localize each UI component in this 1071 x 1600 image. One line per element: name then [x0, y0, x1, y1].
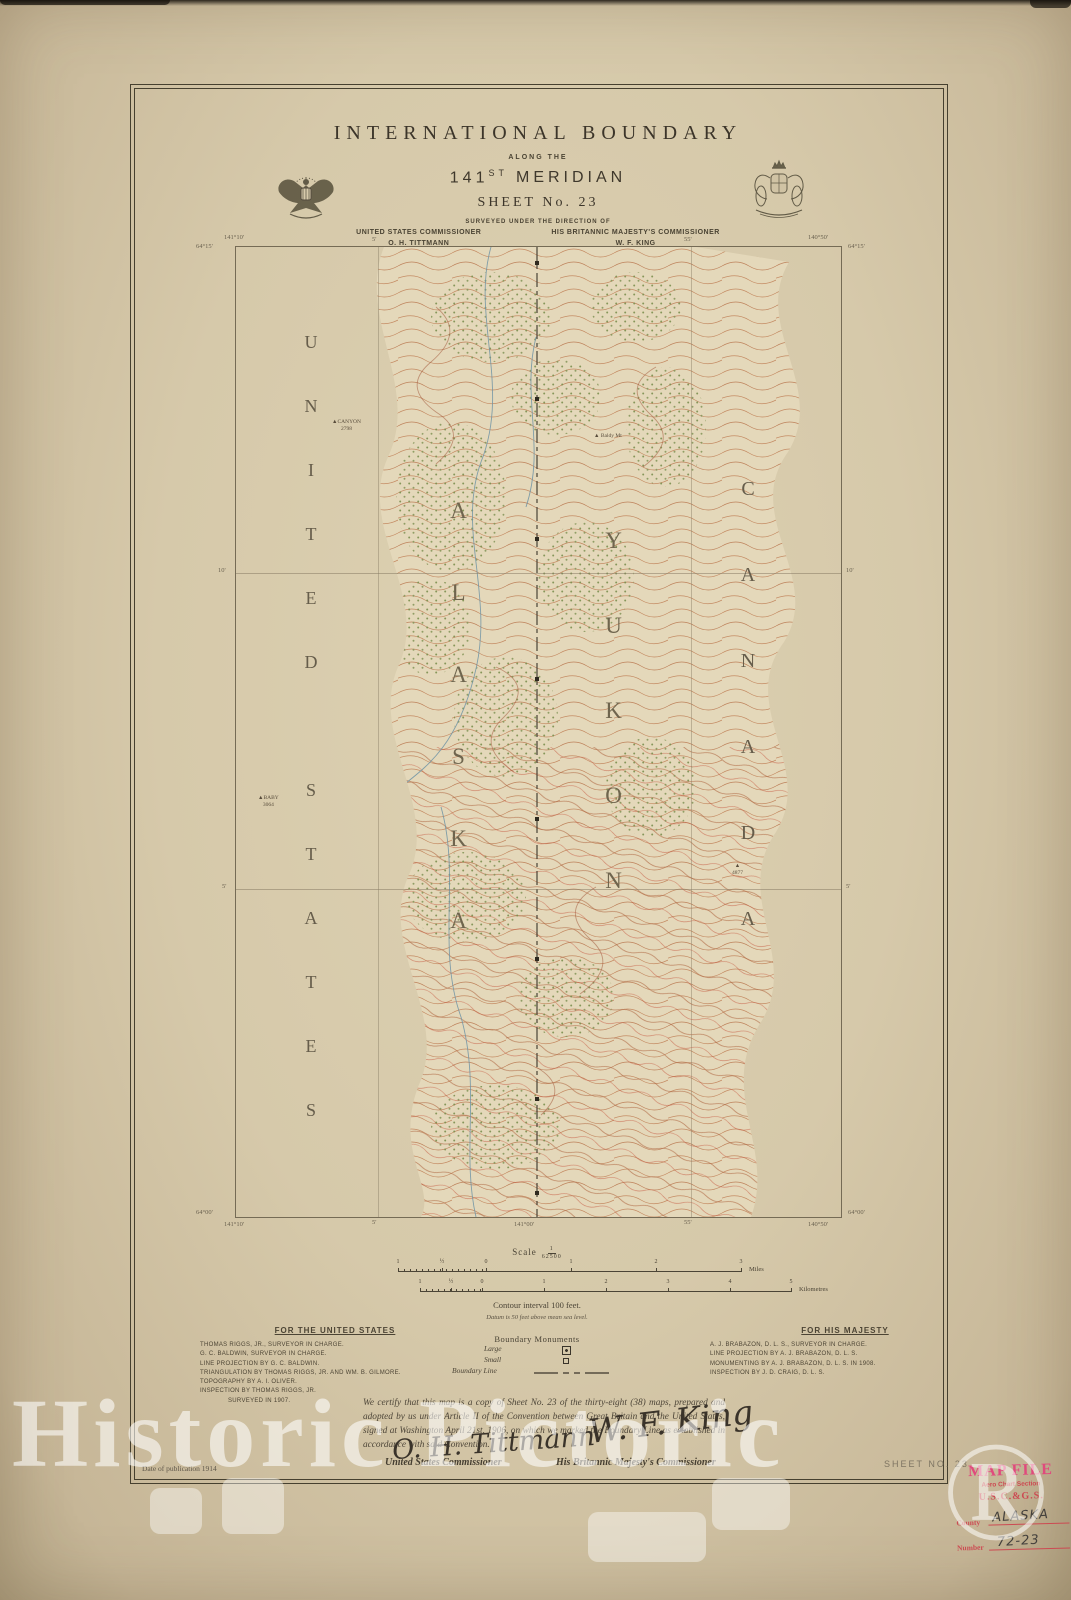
- credit-line: TRIANGULATION BY THOMAS RIGGS, JR. AND W…: [200, 1369, 470, 1378]
- scale-tick: 3: [740, 1259, 743, 1265]
- legend-small-label: Small: [484, 1355, 501, 1364]
- graticule-label: 5': [372, 1219, 376, 1226]
- watermark-fragment: [588, 1512, 706, 1562]
- credits-us-heading: FOR THE UNITED STATES: [200, 1326, 470, 1335]
- triangulation-icon: ▲: [594, 433, 599, 439]
- peak-label: ▲BABY 3064: [258, 795, 279, 809]
- graticule-label: 10': [218, 567, 226, 574]
- credits-uk-heading: FOR HIS MAJESTY: [710, 1326, 980, 1335]
- graticule-label: 64°00': [196, 1209, 213, 1216]
- graticule-label: 140°50': [808, 234, 828, 241]
- graticule-label: 5': [846, 883, 850, 890]
- legend-large-label: Large: [484, 1344, 502, 1353]
- label-yukon: YUKON: [600, 528, 626, 953]
- legend-row-boundary: Boundary Line: [452, 1366, 622, 1377]
- scale-word: Scale: [512, 1247, 537, 1257]
- peak-name: BABY: [263, 795, 278, 801]
- peak-name: CANYON: [337, 419, 361, 425]
- label-alaska: ALASKA: [445, 498, 471, 990]
- peak-elevation: 2798: [332, 426, 361, 433]
- map-subtitle: ALONG THE: [130, 154, 946, 161]
- credits-his-majesty: FOR HIS MAJESTY A. J. BRABAZON, D. L. S.…: [710, 1326, 980, 1378]
- direction-note: SURVEYED UNDER THE DIRECTION OF: [130, 219, 946, 225]
- scan-edge: [0, 0, 170, 5]
- graticule-label: 55': [684, 236, 692, 243]
- scale-tick: 2: [655, 1259, 658, 1265]
- scale-tick: 1: [419, 1279, 422, 1285]
- scan-edge: [1030, 0, 1071, 8]
- legend-row-small: Small: [452, 1355, 622, 1366]
- graticule-label: 5': [222, 883, 226, 890]
- graticule-label: 64°15': [848, 243, 865, 250]
- legend: Boundary Monuments Large Small Boundary …: [452, 1334, 622, 1377]
- uk-commissioner-label: HIS BRITANNIC MAJESTY'S COMMISSIONER: [551, 228, 720, 239]
- meridian-number: 141: [450, 169, 489, 186]
- scale-tick: ½: [449, 1279, 454, 1285]
- scale-tick: 1: [570, 1259, 573, 1265]
- scale-tick: 4: [729, 1279, 732, 1285]
- map-sheet-paper: INTERNATIONAL BOUNDARY ALONG THE 141STME…: [0, 0, 1071, 1600]
- graticule-label: 5': [372, 236, 376, 243]
- peak-name: Baldy Mt: [601, 433, 622, 439]
- monument-large-icon: [562, 1346, 571, 1355]
- scale-tick: 3: [667, 1279, 670, 1285]
- sheet-number-title: SHEET No. 23: [130, 195, 946, 211]
- royal-coat-of-arms-icon: [750, 156, 808, 226]
- scale-unit-miles: Miles: [749, 1266, 764, 1273]
- label-united-states: UNITED STATES: [300, 332, 321, 1164]
- title-block: INTERNATIONAL BOUNDARY ALONG THE 141STME…: [130, 122, 946, 249]
- graticule-label: 140°50': [808, 1221, 828, 1228]
- credit-line: LINE PROJECTION BY G. C. BALDWIN.: [200, 1360, 470, 1369]
- graticule-meridian: [691, 247, 692, 1217]
- graticule-meridian: [378, 247, 379, 1217]
- watermark-text: Historic Pictoric: [12, 1378, 785, 1490]
- meridian-ordinal: ST: [488, 168, 508, 178]
- scale-bar-miles: 1 ½ 0 1 2 3 Miles: [398, 1266, 742, 1272]
- credit-line: MONUMENTING BY A. J. BRABAZON, D. L. S. …: [710, 1360, 980, 1369]
- meridian-line: 141STMERIDIAN: [130, 168, 946, 187]
- graticule-label: 55': [684, 1219, 692, 1226]
- graticule-label: 141°10': [224, 234, 244, 241]
- legend-heading: Boundary Monuments: [452, 1334, 622, 1344]
- watermark-registered-icon: ®: [942, 1420, 1050, 1562]
- label-canada: CANADA: [736, 478, 759, 994]
- scale-denominator: 62500: [542, 1254, 562, 1261]
- credit-line: LINE PROJECTION BY A. J. BRABAZON, D. L.…: [710, 1350, 980, 1359]
- peak-elevation: 3064: [258, 802, 279, 809]
- graticule-label: 141°00': [514, 1221, 534, 1228]
- scale-tick: 2: [605, 1279, 608, 1285]
- scale-bar-kilometres: 1 ½ 0 1 2 3 4 5 Kilometres: [420, 1286, 792, 1292]
- scale-tick: 0: [481, 1279, 484, 1285]
- scale-tick: 5: [790, 1279, 793, 1285]
- credit-line: INSPECTION BY J. D. CRAIG, D. L. S.: [710, 1369, 980, 1378]
- legend-row-large: Large: [452, 1344, 622, 1355]
- us-great-seal-icon: [274, 162, 338, 226]
- scale-tick: ½: [440, 1259, 445, 1265]
- map-title: INTERNATIONAL BOUNDARY: [130, 122, 946, 145]
- scale-numerator: 1: [548, 1246, 556, 1254]
- datum-note: Datum is 50 feet above mean sea level.: [377, 1314, 697, 1321]
- graticule-label: 64°15': [196, 243, 213, 250]
- scale-tick: 0: [485, 1259, 488, 1265]
- meridian-word: MERIDIAN: [516, 169, 626, 186]
- monument-small-icon: [563, 1358, 569, 1364]
- graticule-label: 64°00': [848, 1209, 865, 1216]
- graticule-label: 141°10': [224, 1221, 244, 1228]
- graticule-label: 10': [846, 567, 854, 574]
- credit-line: G. C. BALDWIN, SURVEYOR IN CHARGE.: [200, 1350, 470, 1359]
- scale-heading: Scale162500: [377, 1246, 697, 1260]
- credit-line: THOMAS RIGGS, JR., SURVEYOR IN CHARGE.: [200, 1341, 470, 1350]
- boundary-line-sample-icon: [534, 1371, 620, 1375]
- contour-interval-note: Contour interval 100 feet.: [377, 1300, 697, 1310]
- peak-label: ▲CANYON 2798: [332, 419, 361, 433]
- watermark-fragment: [150, 1488, 202, 1534]
- credit-line: A. J. BRABAZON, D. L. S., SURVEYOR IN CH…: [710, 1341, 980, 1350]
- peak-label: ▲ Baldy Mt: [594, 433, 622, 440]
- scale-tick: 1: [543, 1279, 546, 1285]
- scale-tick: 1: [397, 1259, 400, 1265]
- scale-unit-kilometres: Kilometres: [799, 1286, 828, 1293]
